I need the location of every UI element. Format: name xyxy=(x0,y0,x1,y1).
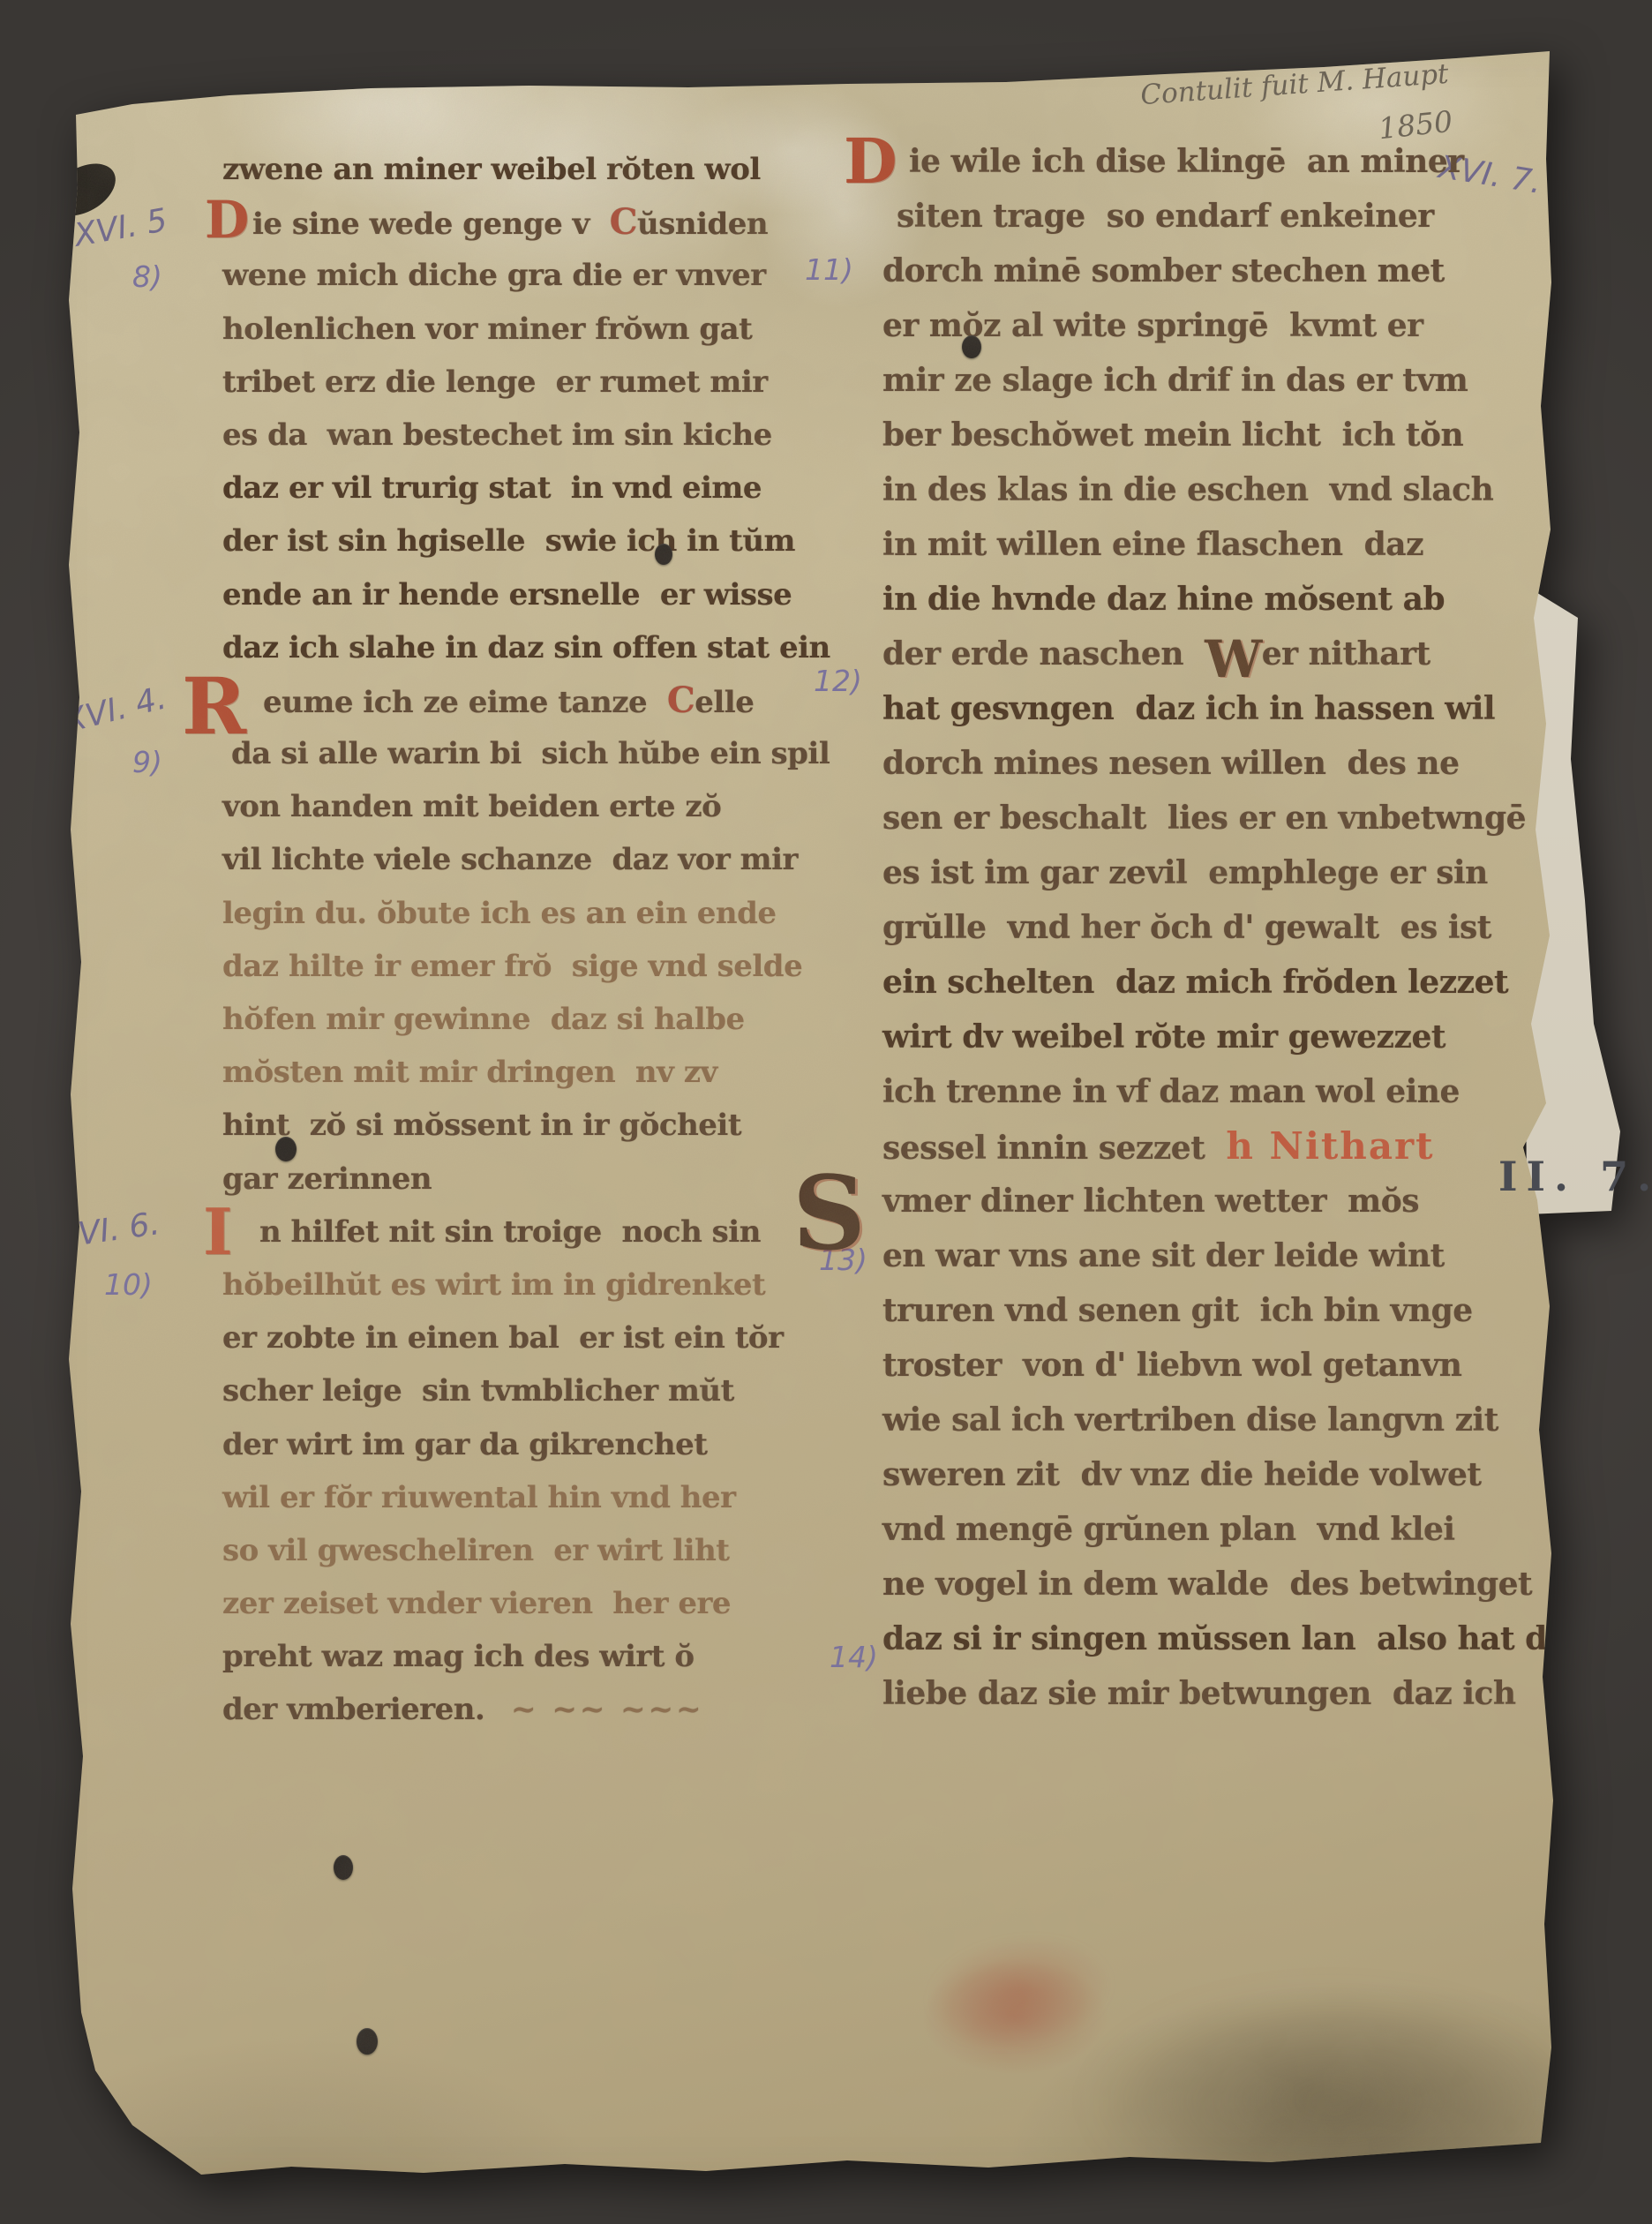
text-line: vil lichte viele schanze daz vor mir xyxy=(222,833,815,886)
text-column-left: zwene an miner weibel rŏten wol Die sine… xyxy=(222,143,815,1737)
margin-note-xvi4: XVI. 4. xyxy=(61,680,170,740)
text-line: holenlichen vor miner frŏwn gat xyxy=(222,303,815,356)
text-line: ich trenne in vf daz man wol eine xyxy=(882,1064,1550,1119)
text-line: tribet erz die lenge er rumet mir xyxy=(222,356,815,409)
line-text: der vmberieren. xyxy=(222,1692,484,1727)
text-line: In hilfet nit sin troige noch sin xyxy=(222,1206,815,1259)
text-line: Svmer diner lichten wetter mŏs xyxy=(882,1174,1550,1228)
text-line: da si alle warin bi sich hŭbe ein spil xyxy=(222,727,815,780)
text-line: hint zŏ si mŏssent in ir gŏcheit xyxy=(222,1099,815,1152)
wormhole xyxy=(655,544,672,565)
line-filler-squiggle: ~ ~~ ~~~ xyxy=(484,1692,703,1727)
text-line: wil er fŏr riuwental hin vnd her xyxy=(222,1471,815,1524)
text-line: Die sine wede genge v Cŭsniden xyxy=(222,196,815,249)
wormhole xyxy=(275,1137,297,1161)
rubric-initial-d: D xyxy=(205,194,249,245)
margin-note-10: 10) xyxy=(104,1267,153,1302)
rubric-letter-c: C xyxy=(610,201,637,243)
rubric-initial-i: I xyxy=(203,1200,232,1264)
text-line: der vmberieren. ~ ~~ ~~~ xyxy=(222,1683,815,1736)
text-line: siten trage so endarf enkeiner xyxy=(882,189,1550,244)
manuscript-page: Contulit fuit M. Haupt 1850 XVI. 5 8) XV… xyxy=(0,0,1652,2224)
text-line: zer zeiset vnder vieren her ere xyxy=(222,1577,815,1630)
text-line: in die hvnde daz hine mŏsent ab xyxy=(882,572,1550,627)
text-line: vnd mengē grŭnen plan vnd klei xyxy=(882,1502,1550,1557)
margin-note-12: 12) xyxy=(814,664,862,698)
line-text: ŭsniden xyxy=(637,207,768,242)
margin-note-8: 8) xyxy=(132,259,162,294)
text-line: dorch minē somber stechen met xyxy=(882,244,1550,298)
inscription-collation: Contulit fuit M. Haupt xyxy=(1139,58,1449,111)
rubric-initial-s: S xyxy=(792,1163,866,1265)
text-line: sen er beschalt lies er en vnbetwngē xyxy=(882,791,1550,845)
text-line: wie sal ich vertriben dise langvn zit xyxy=(882,1393,1550,1447)
text-line: dorch mines nesen willen des ne xyxy=(882,736,1550,791)
stain-red xyxy=(920,1925,1118,2060)
margin-note-ii7: II. 7. xyxy=(1498,1153,1652,1200)
wormhole xyxy=(962,335,981,358)
text-line: hŏfen mir gewinne daz si halbe xyxy=(222,993,815,1046)
wormhole xyxy=(334,1855,353,1880)
text-line: von handen mit beiden erte zŏ xyxy=(222,780,815,833)
text-line: Die wile ich dise klingē an miner xyxy=(882,134,1550,189)
line-text: sessel innin sezzet xyxy=(882,1130,1226,1167)
text-line: zwene an miner weibel rŏten wol xyxy=(222,143,815,196)
text-line: daz si ir singen mŭssen lan also hat do xyxy=(882,1612,1550,1666)
photo-background: Contulit fuit M. Haupt 1850 XVI. 5 8) XV… xyxy=(0,0,1652,2224)
text-line: troster von d' liebvn wol getanvn xyxy=(882,1338,1550,1393)
text-line: scher leige sin tvmblicher mŭt xyxy=(222,1364,815,1417)
green-speck xyxy=(30,1108,42,1119)
line-text: elle xyxy=(695,685,754,720)
text-line: der wirt im gar da gikrenchet xyxy=(222,1418,815,1471)
line-text: er nithart xyxy=(1262,635,1430,672)
line-text: eume ich ze eime tanze xyxy=(263,685,667,720)
line-text: vmer diner lichten wetter mŏs xyxy=(882,1183,1419,1220)
text-line: er mŏz al wite springē kvmt er xyxy=(882,298,1550,353)
margin-note-14: 14) xyxy=(830,1640,878,1674)
text-line: der erde naschen Wer nithart xyxy=(882,627,1550,681)
text-line: in mit willen eine flaschen daz xyxy=(882,517,1550,572)
text-line: liebe daz sie mir betwungen daz ich xyxy=(882,1666,1550,1721)
line-text: der erde naschen xyxy=(882,635,1205,672)
rubric-initial-d: D xyxy=(844,131,897,192)
text-line: wene mich diche gra die er vnver xyxy=(222,249,815,302)
text-line: preht waz mag ich des wirt ŏ xyxy=(222,1630,815,1683)
rubric-letter-c: C xyxy=(667,680,695,721)
text-line: wirt dv weibel rŏte mir gewezzet xyxy=(882,1010,1550,1064)
line-text: n hilfet nit sin troige noch sin xyxy=(259,1214,761,1250)
ink-blob-small xyxy=(41,208,56,222)
leaf-shadow: Contulit fuit M. Haupt 1850 XVI. 5 8) XV… xyxy=(0,0,1652,2224)
text-line: in des klas in die eschen vnd slach xyxy=(882,462,1550,517)
text-line: legin du. ŏbute ich es an ein ende xyxy=(222,887,815,940)
text-line: daz hilte ir emer frŏ sige vnd selde xyxy=(222,940,815,993)
text-line: es da wan bestechet im sin kiche xyxy=(222,409,815,462)
text-line: truren vnd senen git ich bin vnge xyxy=(882,1283,1550,1338)
text-line: sessel innin sezzet h Nithart xyxy=(882,1119,1550,1174)
text-line: gar zerinnen xyxy=(222,1153,815,1206)
margin-note-9: 9) xyxy=(132,745,162,779)
text-line: mir ze slage ich drif in das er tvm xyxy=(882,353,1550,408)
text-line: hŏbeilhŭt es wirt im in gidrenket xyxy=(222,1259,815,1311)
stain-dark-corner xyxy=(1085,1986,1580,2215)
text-line: ein schelten daz mich frŏden lezzet xyxy=(882,955,1550,1010)
text-line: sweren zit dv vnz die heide volwet xyxy=(882,1447,1550,1502)
text-line: es ist im gar zevil emphlege er sin xyxy=(882,845,1550,900)
text-line: ende an ir hende ersnelle er wisse xyxy=(222,568,815,621)
text-line: hat gesvngen daz ich in hassen wil xyxy=(882,681,1550,736)
rubric-nithart: h Nithart xyxy=(1226,1124,1434,1168)
text-line: mŏsten mit mir dringen nv zv xyxy=(222,1046,815,1099)
text-line: Reume ich ze eime tanze Celle xyxy=(222,674,815,727)
text-line: grŭlle vnd her ŏch d' gewalt es ist xyxy=(882,900,1550,955)
text-line: ber beschŏwet mein licht ich tŏn xyxy=(882,408,1550,462)
margin-note-xvi6: XVI. 6. xyxy=(55,1206,162,1256)
text-line: daz er vil trurig stat in vnd eime xyxy=(222,462,815,515)
text-line: en war vns ane sit der leide wint xyxy=(882,1228,1550,1283)
text-line: der ist sin hgiselle swie ich in tŭm xyxy=(222,515,815,567)
text-line: so vil gwescheliren er wirt liht xyxy=(222,1524,815,1577)
text-column-right: Die wile ich dise klingē an miner siten … xyxy=(882,134,1550,1721)
line-text: ie sine wede genge v xyxy=(252,207,610,242)
line-text: ie wile ich dise klingē an miner xyxy=(909,143,1464,180)
text-line: daz ich slahe in daz sin offen stat ein xyxy=(222,621,815,674)
wormhole xyxy=(357,2028,378,2055)
text-line: ne vogel in dem walde des betwinget xyxy=(882,1557,1550,1612)
text-line: er zobte in einen bal er ist ein tŏr xyxy=(222,1311,815,1364)
